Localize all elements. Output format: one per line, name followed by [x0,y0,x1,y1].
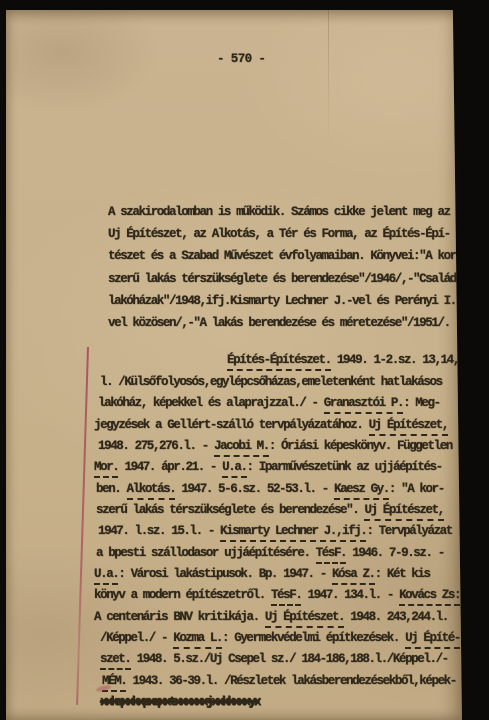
typed-line: MÉM. 1943. 36-39.l. /Részletek lakásbere… [102,674,460,695]
typed-text: 1947. l.sz. 15.l. - [98,524,220,538]
underlined-citation: Kismarty Lechner J.,ifj. [220,524,366,542]
typed-text: 1947. 134.l. - [301,588,399,602]
underlined-citation: TésF. [316,546,347,564]
typed-line: lakóházak"/1948,ifj.Kismarty Lechner J.-… [108,294,462,316]
underlined-citation: TésF. [271,588,302,606]
underlined-citation: U.a. [222,460,246,478]
underlined-citation: Kósa Z. [332,567,375,585]
typed-text: 1948. 5.sz./Uj Csepel sz./ 184-186,188.l… [131,652,448,666]
page-number: - 570 - [217,52,265,66]
bibliography-list: l. /Külsőfolyosós,egylépcsőházas,emelete… [94,375,460,717]
journal-heading: Építés-Építészet. 1949. 1-2.sz. 13,14, [227,353,459,375]
typed-line: Uj Építészet, az Alkotás, a Tér és Forma… [108,227,462,249]
typed-line: lakóház, képekkel és alaprajzzal./ - Gra… [98,396,460,417]
underlined-citation: Uj Építészet, [364,503,443,521]
typed-text: : Gyermekvédelmi építkezések. [222,631,405,645]
typed-line: vel közösen/,-"A lakás berendezése és mé… [108,316,462,338]
typed-text: : Tervpályázat [366,524,451,538]
paper-crease [328,10,329,145]
underlined-citation: Kaesz Gy. [334,482,389,500]
typed-text: lakóház, képekkel és alaprajzzal./ - [98,396,324,410]
typed-line: 1948. 275,276.l. - Jacobi M.: Óriási kép… [98,439,460,460]
typed-line: jegyzések a Gellért-szálló tervpályázatá… [94,418,460,439]
scanned-page: - 570 - A szakirodalomban is működik. Sz… [6,10,462,720]
typed-text: 1943. 36-39.l. /Részletek lakásberendezé… [126,674,455,688]
typed-text: : "A kor- [389,482,444,496]
underlined-citation: Kovács Zs: [399,588,460,606]
typed-text: 1947. ápr.21. - [118,460,222,474]
underlined-citation: Kozma L. [173,631,222,649]
typed-text: könyv a modern építészetről. [94,588,271,602]
typed-line: /Képpel./ - Kozma L.: Gyermekvédelmi épí… [100,631,460,652]
typed-text: : Városi lakástipusok. Bp. 1947. - [118,567,332,581]
typed-text: A szakirodalomban is működik. Számos cik… [108,205,450,219]
struck-out-text: xxkqxxkxpxqxxtxxxxxxjxxkkxxxyx [100,695,259,709]
typed-line: szerű lakás térszükséglete és berendezés… [108,272,462,294]
typed-line: tészet és a Szabad Művészet évfolyamaiba… [108,249,462,271]
typed-text: /Képpel./ - [100,631,173,645]
underlined-citation: Uj Építészet, [369,418,448,436]
typed-line: U.a.: Városi lakástipusok. Bp. 1947. - K… [94,567,460,588]
typed-text: vel közösen/,-"A lakás berendezése és mé… [108,316,450,330]
typed-text: : Iparművészetünk az ujjáépítés- [247,460,442,474]
typed-text: 1947. 5-6.sz. 52-53.l. - [175,482,334,496]
underlined-citation: U.a. [94,567,118,585]
typed-line: 1947. l.sz. 15.l. - Kismarty Lechner J.,… [98,524,460,545]
typed-text: lakóházak"/1948,ifj.Kismarty Lechner J.-… [108,294,462,308]
typed-text: 1948. 275,276.l. - [98,439,214,453]
typed-text: : Meg- [403,396,440,410]
typed-text: ben. [96,482,127,496]
underlined-citation: Granasztói P. [324,396,403,414]
typed-text: l. /Külsőfolyosós,egylépcsőházas,emelete… [100,375,442,389]
margin-rule-line [76,347,89,705]
typed-text: 1948. 243,244.l. [344,610,448,624]
typed-text: 1949. 1-2.sz. 13,14, [331,353,459,367]
typed-line: xxkqxxkxpxqxxtxxxxxxjxxkkxxxyx [100,695,460,716]
typed-line: A szakirodalomban is működik. Számos cik… [108,205,462,227]
typed-text: jegyzések a Gellért-szálló tervpályázatá… [94,418,369,432]
typed-text: szerű lakás térszükséglete és berendezés… [108,272,462,286]
typed-text: Uj Építészet, az Alkotás, a Tér és Forma… [108,227,450,241]
intro-paragraph: A szakirodalomban is működik. Számos cik… [108,205,462,338]
typed-line: könyv a modern építészetről. TésF. 1947.… [94,588,460,609]
typed-line: A centenáris BNV kritikája. Uj Építészet… [94,610,460,631]
typed-text: szerű lakás térszükséglete és berendezés… [96,503,364,517]
underlined-citation: Építés-Építészet. [227,353,331,371]
underlined-citation: Uj Építészet. [265,610,344,628]
underlined-citation: Alkotás. [127,482,176,500]
typed-text: : Két kis [375,567,430,581]
typed-text: 1946. 7-9.sz. - [346,546,444,560]
typed-line: szet. 1948. 5.sz./Uj Csepel sz./ 184-186… [100,652,460,673]
underlined-citation: szet. [100,652,131,670]
underlined-citation: Jacobi M. [214,439,269,457]
underlined-citation: Mor. [94,460,118,478]
typed-line: ben. Alkotás. 1947. 5-6.sz. 52-53.l. - K… [96,482,460,503]
typed-line: Mor. 1947. ápr.21. - U.a.: Iparművészetü… [94,460,460,481]
typed-line: Építés-Építészet. 1949. 1-2.sz. 13,14, [227,353,459,375]
scan-background: - 570 - A szakirodalomban is működik. Sz… [0,0,489,720]
typed-text: : Óriási képeskönyv. Független [269,439,452,453]
typed-text: tészet és a Szabad Művészet évfolyamaiba… [108,249,462,263]
typed-line: szerű lakás térszükséglete és berendezés… [96,503,460,524]
typed-text: a bpesti szállodasor ujjáépítésére. [96,546,316,560]
typed-line: l. /Külsőfolyosós,egylépcsőházas,emelete… [100,375,460,396]
underlined-citation: Uj Építé- [405,631,460,649]
typed-text: A centenáris BNV kritikája. [94,610,265,624]
typed-line: a bpesti szállodasor ujjáépítésére. TésF… [96,546,460,567]
